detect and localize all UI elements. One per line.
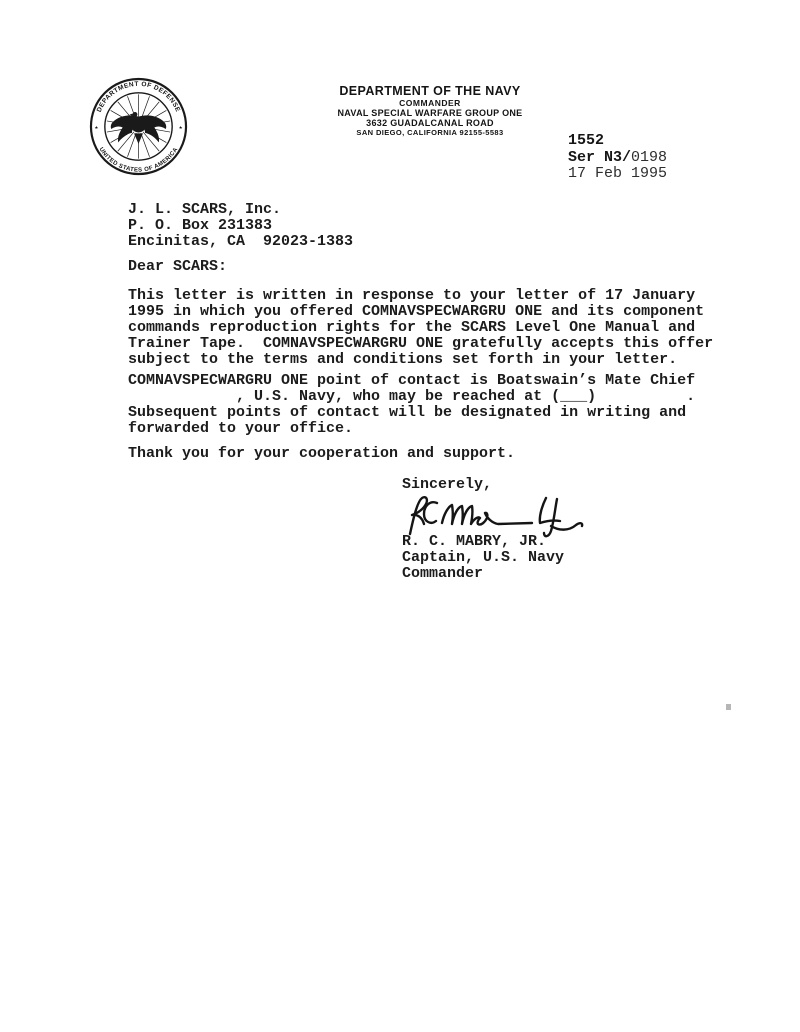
body-paragraph-1: This letter is written in response to yo…	[128, 288, 713, 368]
signature-block: R. C. MABRY, JR. Captain, U.S. Navy Comm…	[402, 534, 564, 582]
letterhead: DEPARTMENT OF THE NAVY COMMANDER NAVAL S…	[255, 85, 605, 139]
body-paragraph-3: Thank you for your cooperation and suppo…	[128, 446, 515, 462]
scan-artifact-speck	[726, 704, 731, 710]
serial-line: Ser N3/0198	[568, 150, 667, 167]
salutation: Dear SCARS:	[128, 259, 227, 275]
serial-prefix: Ser N3/	[568, 149, 631, 166]
letterhead-street-address: 3632 GUADALCANAL ROAD	[255, 118, 605, 128]
department-of-defense-seal: DEPARTMENT OF DEFENSE UNITED STATES OF A…	[89, 77, 188, 176]
seal-left-star-icon: ★	[94, 125, 98, 130]
letterhead-commander: COMMANDER	[255, 98, 605, 108]
seal-right-star-icon: ★	[179, 125, 183, 130]
valediction: Sincerely,	[402, 477, 492, 493]
reference-block: 1552 Ser N3/0198 17 Feb 1995	[568, 133, 667, 183]
serial-number: 0198	[631, 149, 667, 166]
letter-date: 17 Feb 1995	[568, 166, 667, 183]
ssic-code: 1552	[568, 133, 667, 150]
body-paragraph-2: COMNAVSPECWARGRU ONE point of contact is…	[128, 373, 695, 437]
letterhead-command-name: NAVAL SPECIAL WARFARE GROUP ONE	[255, 108, 605, 118]
letterhead-city-state-zip: SAN DIEGO, CALIFORNIA 92155-5583	[255, 128, 605, 139]
recipient-address: J. L. SCARS, Inc. P. O. Box 231383 Encin…	[128, 202, 353, 250]
scanned-letter-page: DEPARTMENT OF DEFENSE UNITED STATES OF A…	[0, 0, 800, 1032]
letterhead-department: DEPARTMENT OF THE NAVY	[255, 85, 605, 98]
